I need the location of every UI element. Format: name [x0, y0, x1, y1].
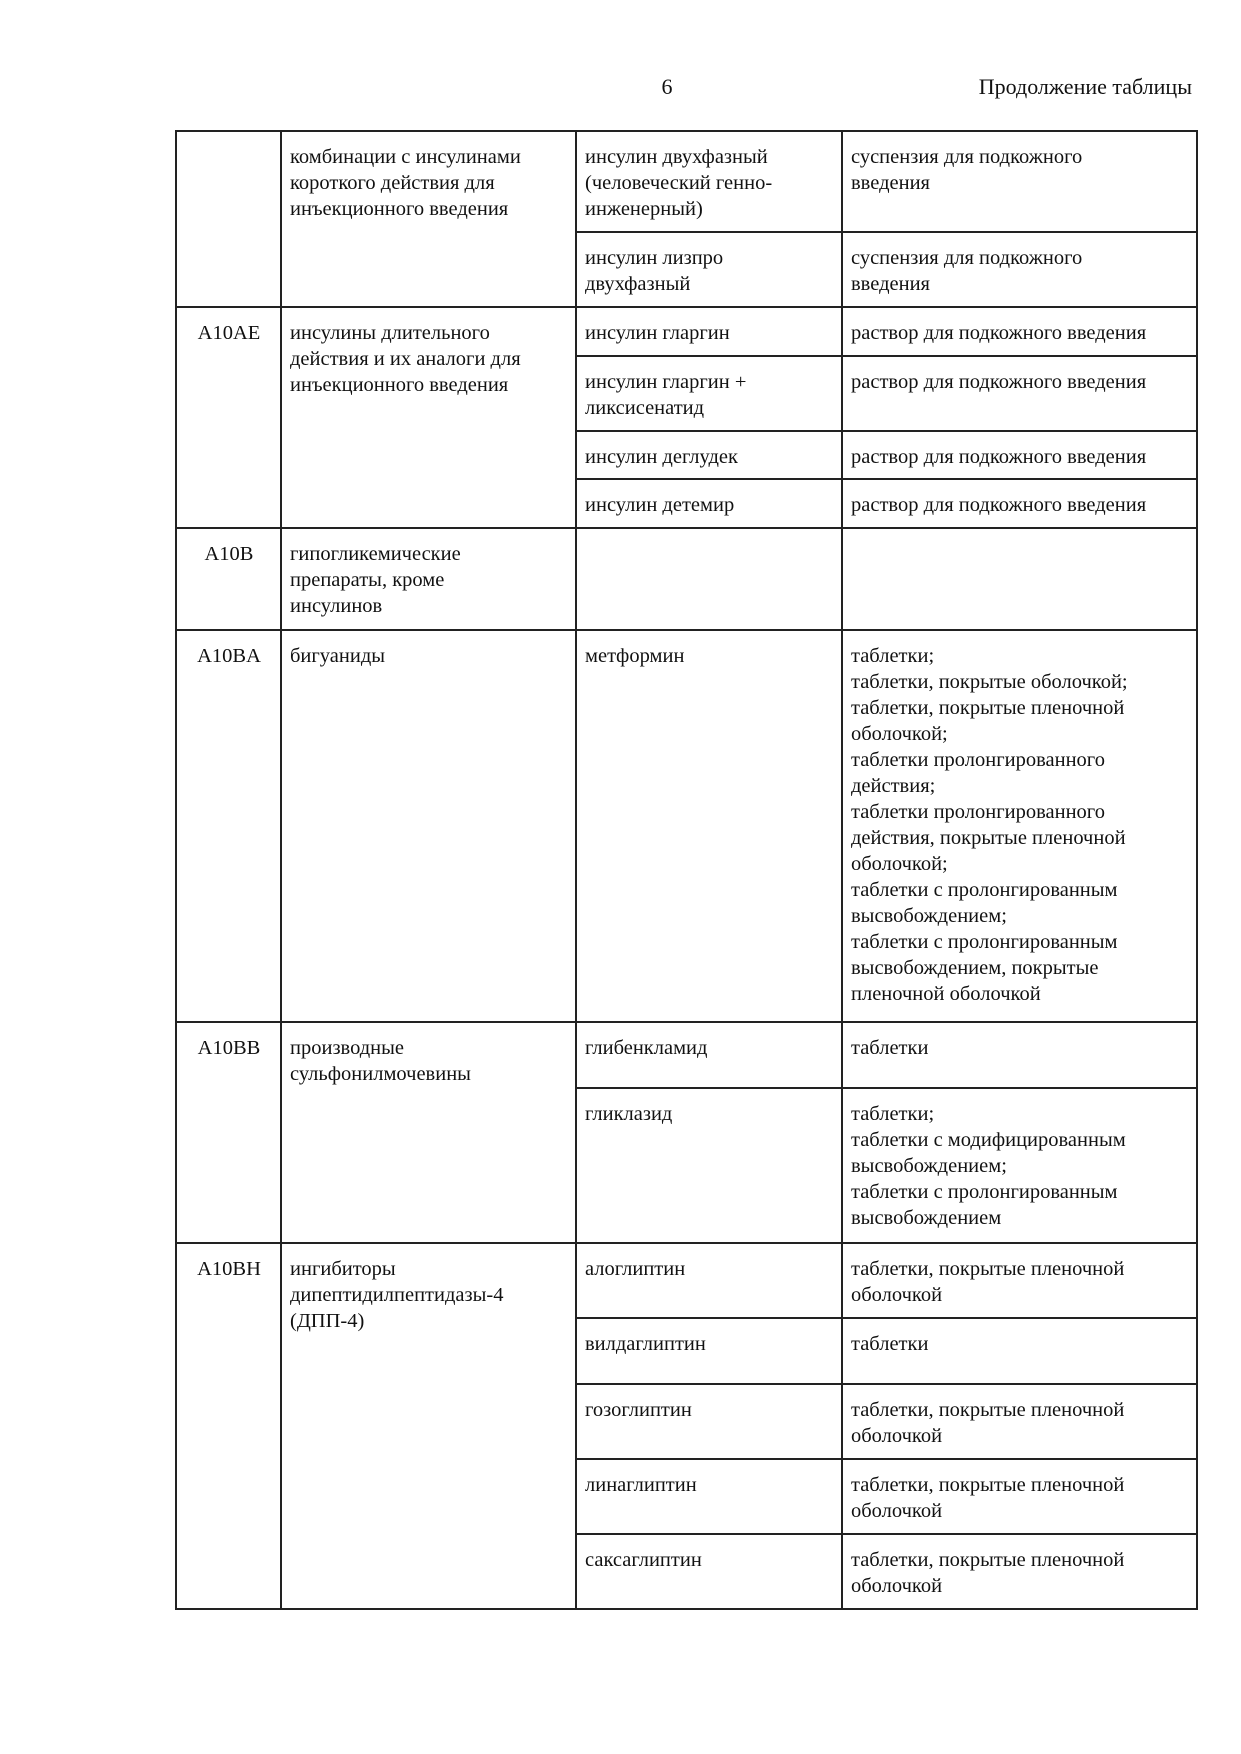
group-name: ингибиторы дипептидилпептидазы-4 (ДПП-4) [282, 1244, 576, 1609]
drug-name: гозоглиптин [577, 1385, 842, 1459]
drug-name: инсулин двухфазный (человеческий генно- … [577, 132, 842, 232]
group-name: гипогликемические препараты, кроме инсул… [282, 529, 576, 630]
dosage-form: таблетки [843, 1319, 1197, 1384]
atc-code: A10AE [177, 308, 281, 528]
drug-name: гликлазид [577, 1089, 842, 1243]
dosage-form: раствор для подкожного введения [843, 308, 1197, 356]
drug-name: инсулин детемир [577, 480, 842, 528]
table-continuation-label: Продолжение таблицы [930, 74, 1192, 100]
atc-code: A10BB [177, 1023, 281, 1243]
dosage-form: суспензия для подкожного введения [843, 132, 1197, 232]
atc-code: A10BA [177, 631, 281, 1022]
drug-name: инсулин гларгин + ликсисенатид [577, 357, 842, 431]
atc-code: A10BH [177, 1244, 281, 1609]
dosage-form: раствор для подкожного введения [843, 432, 1197, 479]
dosage-form: суспензия для подкожного введения [843, 233, 1197, 307]
drug-name: линаглиптин [577, 1460, 842, 1534]
drug-name: алоглиптин [577, 1244, 842, 1318]
drug-name: глибенкламид [577, 1023, 842, 1088]
page-number: 6 [655, 74, 679, 100]
dosage-form: таблетки, покрытые пленочной оболочкой [843, 1244, 1197, 1318]
dosage-form [843, 529, 1197, 630]
drug-name: метформин [577, 631, 842, 1022]
drug-name: вилдаглиптин [577, 1319, 842, 1384]
drug-name: инсулин деглудек [577, 432, 842, 479]
group-name: производные сульфонилмочевины [282, 1023, 576, 1243]
dosage-form: таблетки, покрытые пленочной оболочкой [843, 1460, 1197, 1534]
group-name: комбинации с инсулинами короткого действ… [282, 132, 576, 307]
dosage-form: таблетки, покрытые пленочной оболочкой [843, 1385, 1197, 1459]
drug-name: саксаглиптин [577, 1535, 842, 1609]
group-name: инсулины длительного действия и их анало… [282, 308, 576, 528]
drug-name: инсулин лизпро двухфазный [577, 233, 842, 307]
dosage-form: раствор для подкожного введения [843, 480, 1197, 528]
drug-name [577, 529, 842, 630]
dosage-form: таблетки, покрытые пленочной оболочкой [843, 1535, 1197, 1609]
drug-name: инсулин гларгин [577, 308, 842, 356]
group-name: бигуаниды [282, 631, 576, 1022]
atc-code [177, 132, 281, 307]
dosage-form: раствор для подкожного введения [843, 357, 1197, 431]
dosage-form: таблетки; таблетки, покрытые оболочкой; … [843, 631, 1197, 1022]
atc-code: A10B [177, 529, 281, 630]
dosage-form: таблетки [843, 1023, 1197, 1088]
dosage-form: таблетки; таблетки с модифицированным вы… [843, 1089, 1197, 1243]
